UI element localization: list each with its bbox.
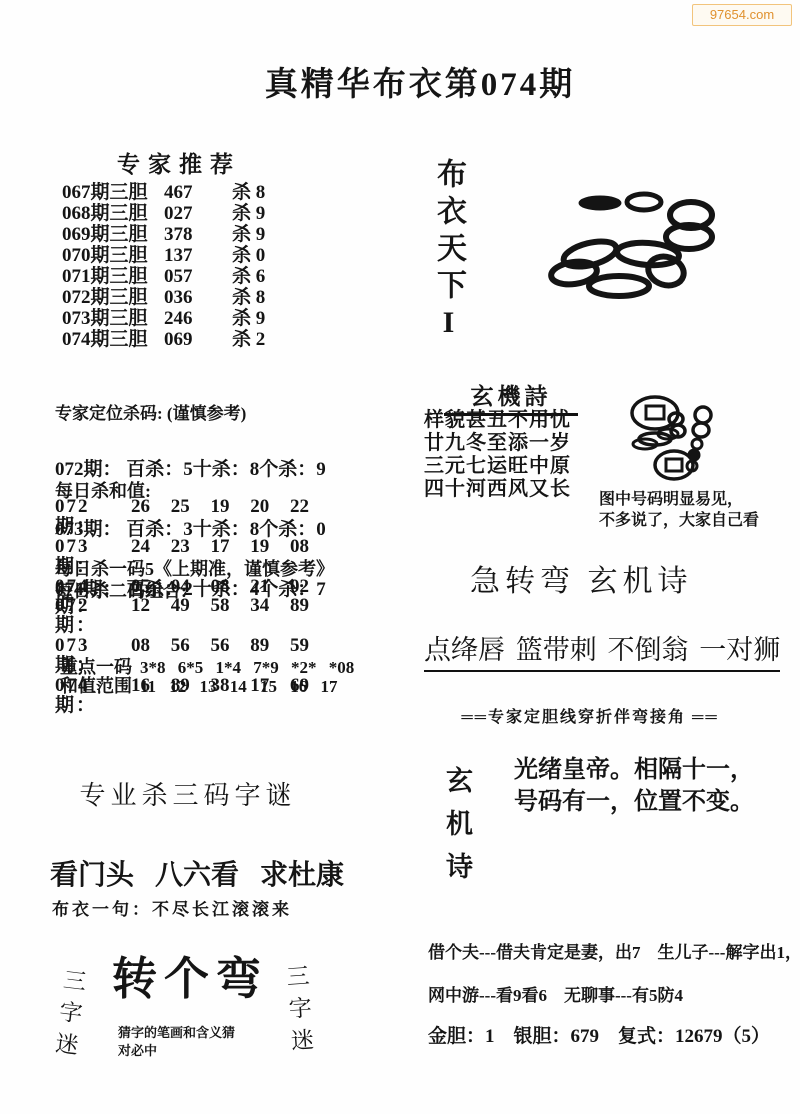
- kill-cell: 杀 6: [232, 266, 265, 287]
- note-line: 对必中: [118, 1042, 235, 1060]
- table-row: 070期三胆137杀 0: [62, 245, 265, 266]
- three-char-riddle-label-left: 三字迷: [46, 966, 90, 1065]
- table-row: 067期三胆467杀 8: [62, 182, 265, 203]
- sum-range-values: 11 12 13 14 15 16 17: [140, 677, 338, 696]
- kill-cell: 杀 8: [232, 287, 265, 308]
- kill-cell: 杀 9: [232, 224, 265, 245]
- sum-range-label: 和值范围: [60, 676, 132, 696]
- xuanji-vertical-label: 玄机诗: [438, 766, 477, 895]
- tri-cell: 246: [164, 308, 216, 329]
- tri-cell: 027: [164, 203, 216, 224]
- issue-label: 072期：: [55, 596, 131, 636]
- three-char-riddle-label-right: 三字迷: [279, 963, 319, 1061]
- kill-cell: 杀 0: [232, 245, 265, 266]
- xuanji-poem: 样貌甚丑不用忧 廿九冬至添一岁 三元七运旺中原 四十河西风又长: [424, 409, 571, 501]
- tri-cell: 057: [164, 266, 216, 287]
- tri-cell: 036: [164, 287, 216, 308]
- expert-recommend-header: 专家推荐: [60, 146, 298, 179]
- table-row: 074期三胆069杀 2: [62, 329, 265, 350]
- values: 12 49 58 34 89: [131, 596, 309, 636]
- sum-range-line: 和值范围11 12 13 14 15 16 17: [60, 672, 338, 698]
- three-code-riddle: 看门头 八六看 求杜康: [50, 853, 344, 893]
- list-item: 072期：12 49 58 34 89: [55, 596, 309, 636]
- riddle-line: 号码有一，位置不变。: [514, 786, 754, 818]
- turn-riddle-note: 猜字的笔画和含义猜 对必中: [118, 1024, 235, 1060]
- issue-cell: 074期三胆: [62, 329, 164, 350]
- issue-cell: 071期三胆: [62, 266, 164, 287]
- lottery-sheet: 97654.com 真精华布衣第074期 专家推荐 067期三胆467杀 8 0…: [0, 0, 800, 1114]
- poem-line: 三元七运旺中原: [424, 455, 571, 478]
- turn-riddle-answer: 转个弯: [112, 942, 268, 1007]
- tri-cell: 378: [164, 224, 216, 245]
- kill-three-title: 专业杀三码字谜: [58, 775, 318, 812]
- coins-caption: 图中号码明显易见， 不多说了，大家自己看: [599, 489, 759, 531]
- sharp-turn-riddle: 点绛唇 篮带刺 不倒翁 一对狮: [424, 628, 780, 672]
- expert-dan-divider: ══专家定胆线穿折伴弯接角 ══: [428, 704, 752, 727]
- riddle-line: 光绪皇帝。相隔十一，: [514, 754, 754, 786]
- caption-line: 图中号码明显易见，: [599, 489, 759, 510]
- poem-line: 廿九冬至添一岁: [424, 432, 571, 455]
- caption-line: 不多说了，大家自己看: [599, 510, 759, 531]
- buyi-sentence: 布衣一句：不尽长江滚滚来: [52, 895, 292, 920]
- table-row: 068期三胆027杀 9: [62, 203, 265, 224]
- coins-drawing: [600, 392, 782, 488]
- table-row: 073期三胆246杀 9: [62, 308, 265, 329]
- expert-recommend-table: 067期三胆467杀 8 068期三胆027杀 9 069期三胆378杀 9 0…: [62, 182, 265, 350]
- issue-cell: 073期三胆: [62, 308, 164, 329]
- page-title: 真精华布衣第074期: [40, 58, 800, 105]
- bottom-riddle-line-1: 借个夫---借夫肯定是妻，出7 生儿子---解字出1，防2: [428, 938, 800, 963]
- bottom-riddle-line-2: 网中游---看9看6 无聊事---有5防4: [428, 981, 683, 1006]
- poem-line: 样貌甚丑不用忧: [424, 409, 571, 432]
- poem-line: 四十河西风又长: [424, 478, 571, 501]
- list-item: 072期：26 25 19 20 22: [55, 497, 309, 537]
- site-badge[interactable]: 97654.com: [692, 4, 792, 26]
- table-row: 071期三胆057杀 6: [62, 266, 265, 287]
- issue-label: 072期：: [55, 497, 131, 537]
- issue-cell: 070期三胆: [62, 245, 164, 266]
- tri-cell: 137: [164, 245, 216, 266]
- kill-cell: 杀 8: [232, 182, 265, 203]
- issue-cell: 072期三胆: [62, 287, 164, 308]
- guangxu-riddle: 光绪皇帝。相隔十一， 号码有一，位置不变。: [514, 754, 754, 818]
- values: 26 25 19 20 22: [131, 497, 309, 537]
- note-line: 猜字的笔画和含义猜: [118, 1024, 235, 1042]
- buyi-tianxia-drawing: [540, 186, 762, 308]
- issue-cell: 067期三胆: [62, 182, 164, 203]
- kill-cell: 杀 9: [232, 308, 265, 329]
- dan-summary-line: 金胆：1 银胆：679 复式：12679（5）: [428, 1021, 770, 1048]
- issue-cell: 069期三胆: [62, 224, 164, 245]
- kill-cell: 杀 9: [232, 203, 265, 224]
- tri-cell: 069: [164, 329, 216, 350]
- table-row: 069期三胆378杀 9: [62, 224, 265, 245]
- table-row: 072期三胆036杀 8: [62, 287, 265, 308]
- tri-cell: 467: [164, 182, 216, 203]
- buyi-tianxia-title: 布衣天下I: [426, 158, 470, 346]
- issue-cell: 068期三胆: [62, 203, 164, 224]
- kill-cell: 杀 2: [232, 329, 265, 350]
- sharp-turn-title: 急转弯 玄机诗: [470, 556, 693, 600]
